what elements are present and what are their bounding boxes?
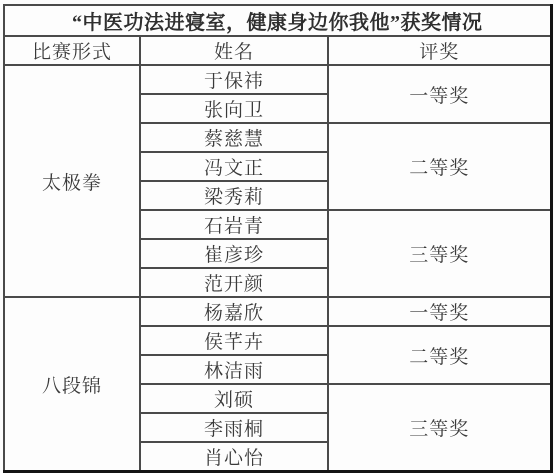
name-cell: 蔡慈慧: [140, 123, 328, 152]
table-row: 太极拳 于保祎 一等奖: [4, 65, 551, 94]
form-cell-taijiquan: 太极拳: [4, 65, 140, 297]
award-cell-first-prize: 一等奖: [328, 65, 551, 123]
table-title: “中医功法进寝室，健康身边你我他”获奖情况: [4, 5, 551, 36]
name-cell: 肖心怡: [140, 442, 328, 473]
name-cell: 李雨桐: [140, 413, 328, 442]
award-table: “中医功法进寝室，健康身边你我他”获奖情况 比赛形式 姓名 评奖 太极拳 于保祎…: [3, 4, 553, 473]
table-row: 八段锦 杨嘉欣 一等奖: [4, 297, 551, 326]
award-cell-third-prize: 三等奖: [328, 210, 551, 297]
column-header-form: 比赛形式: [4, 36, 140, 65]
header-row: 比赛形式 姓名 评奖: [4, 36, 551, 65]
title-row: “中医功法进寝室，健康身边你我他”获奖情况: [4, 5, 551, 36]
award-cell-first-prize: 一等奖: [328, 297, 551, 326]
award-cell-second-prize: 二等奖: [328, 326, 551, 384]
scanned-award-table-page: “中医功法进寝室，健康身边你我他”获奖情况 比赛形式 姓名 评奖 太极拳 于保祎…: [0, 0, 554, 473]
name-cell: 范开颜: [140, 268, 328, 297]
name-cell: 崔彦珍: [140, 239, 328, 268]
name-cell: 梁秀莉: [140, 181, 328, 210]
name-cell: 张向卫: [140, 94, 328, 123]
column-header-award: 评奖: [328, 36, 551, 65]
name-cell: 侯芊卉: [140, 326, 328, 355]
name-cell: 林洁雨: [140, 355, 328, 384]
name-cell: 刘硕: [140, 384, 328, 413]
name-cell: 于保祎: [140, 65, 328, 94]
name-cell: 杨嘉欣: [140, 297, 328, 326]
form-cell-baduanjin: 八段锦: [4, 297, 140, 473]
award-cell-second-prize: 二等奖: [328, 123, 551, 210]
name-cell: 冯文正: [140, 152, 328, 181]
name-cell: 石岩青: [140, 210, 328, 239]
award-cell-third-prize: 三等奖: [328, 384, 551, 473]
column-header-name: 姓名: [140, 36, 328, 65]
